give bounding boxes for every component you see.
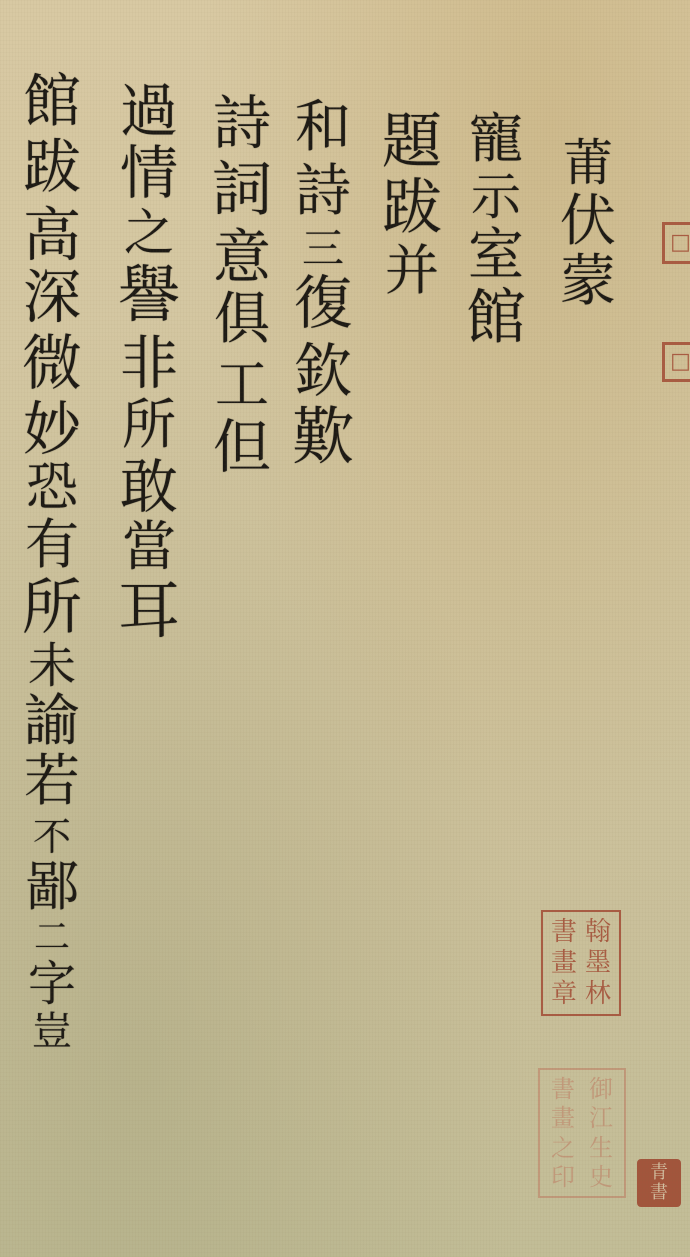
seal-glyph: 畫	[547, 947, 581, 978]
column-1: 莆 伏 蒙	[560, 138, 616, 310]
character: 二	[34, 920, 70, 956]
character: 工	[215, 358, 269, 412]
character: 敢	[120, 458, 178, 516]
seal-large-faded: 御 江 生 史 書 畫 之 印	[538, 1068, 626, 1198]
seal-glyph: 御	[582, 1074, 620, 1104]
character: 若	[24, 754, 80, 810]
column-4: 和 詩 三 復 欽 歎	[292, 100, 354, 468]
seal-glyph: 畫	[544, 1104, 582, 1134]
seal-glyph: □	[665, 225, 690, 261]
seal-glyph: 青	[641, 1163, 677, 1183]
character: 妙	[23, 400, 81, 458]
seal-hanmo: 翰 墨 林 書 畫 章	[541, 910, 621, 1016]
column-2: 寵 示 室 館	[466, 112, 526, 348]
character: 和	[295, 100, 351, 156]
column-5: 詩 詞 意 俱 工 但	[212, 94, 272, 476]
seal-glyph: 林	[581, 979, 615, 1010]
character: 譽	[118, 264, 180, 326]
column-6: 過 情 之 譽 非 所 敢 當 耳	[118, 82, 180, 642]
character: 不	[33, 818, 71, 856]
character: 館	[466, 288, 526, 348]
seal-glyph: 江	[582, 1104, 620, 1134]
column-7: 館 跋 高 深 微 妙 恐 有 所 未 諭 若 不 鄙 二 字 豈	[22, 72, 82, 1052]
character: 示	[471, 172, 521, 222]
character: 微	[22, 334, 82, 394]
character: 未	[28, 642, 76, 690]
character: 情	[120, 144, 178, 202]
character: 俱	[214, 292, 270, 348]
character: 字	[28, 960, 76, 1008]
character: 有	[25, 518, 79, 572]
character: 跋	[23, 138, 81, 196]
seal-glyph: 印	[544, 1163, 582, 1193]
seal-glyph: 章	[547, 979, 581, 1010]
seal-edge-mid: □	[662, 342, 690, 382]
character: 但	[213, 418, 271, 476]
character: 歎	[292, 406, 354, 468]
seal-glyph: 書	[544, 1074, 582, 1104]
character: 所	[22, 578, 82, 638]
seal-glyph: 翰	[581, 916, 615, 947]
character: 并	[385, 244, 439, 298]
character: 諭	[24, 694, 80, 750]
character: 蒙	[560, 254, 616, 310]
character: 詞	[212, 160, 272, 220]
character: 耳	[118, 580, 180, 642]
seal-small-solid: 青 書	[637, 1159, 681, 1207]
character: 恐	[26, 462, 78, 514]
seal-glyph: 之	[544, 1133, 582, 1163]
character: 鄙	[25, 860, 79, 914]
character: 豈	[32, 1012, 72, 1052]
character: 題	[382, 112, 442, 172]
seal-glyph: 墨	[581, 947, 615, 978]
character: 館	[23, 72, 81, 130]
character: 莆	[563, 138, 613, 188]
character: 當	[122, 520, 176, 574]
character: 跋	[382, 178, 442, 238]
character: 詩	[213, 94, 271, 152]
character: 復	[294, 274, 352, 332]
character: 深	[23, 268, 81, 326]
character: 過	[120, 82, 178, 140]
character: 詩	[295, 164, 351, 220]
seal-glyph: 書	[641, 1183, 677, 1203]
character: 之	[124, 208, 174, 258]
character: 欽	[294, 342, 352, 400]
calligraphy-scroll: 莆 伏 蒙 寵 示 室 館 題 跋 并 和 詩 三 復 欽 歎 詩 詞 意 俱 …	[0, 0, 690, 1257]
character: 寵	[469, 112, 523, 166]
seal-edge-top: □	[662, 222, 690, 264]
character: 所	[122, 398, 176, 452]
column-3: 題 跋 并	[382, 112, 442, 298]
character: 三	[302, 228, 344, 270]
seal-glyph: 史	[582, 1163, 620, 1193]
character: 高	[23, 206, 81, 264]
character: 室	[468, 228, 524, 284]
character: 意	[213, 228, 271, 286]
seal-glyph: 生	[582, 1133, 620, 1163]
character: 伏	[560, 194, 616, 250]
seal-glyph: 書	[547, 916, 581, 947]
character: 非	[120, 334, 178, 392]
seal-glyph: □	[665, 345, 690, 379]
